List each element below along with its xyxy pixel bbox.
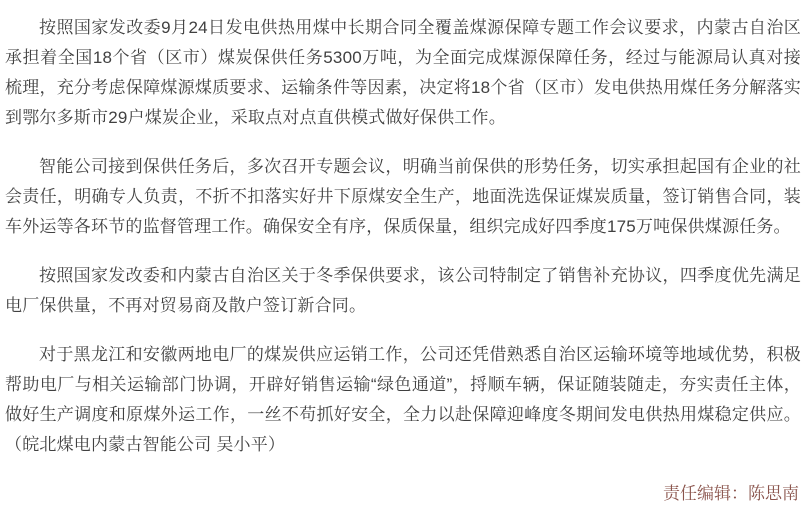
- editor-credit: 责任编辑：陈思南: [5, 479, 801, 509]
- article-paragraph-1: 按照国家发改委9月24日发电供热用煤中长期合同全覆盖煤源保障专题工作会议要求，内…: [5, 13, 801, 133]
- article-paragraph-2: 智能公司接到保供任务后，多次召开专题会议，明确当前保供的形势任务，切实承担起国有…: [5, 152, 801, 242]
- article-body: 按照国家发改委9月24日发电供热用煤中长期合同全覆盖煤源保障专题工作会议要求，内…: [0, 0, 807, 509]
- article-paragraph-3: 按照国家发改委和内蒙古自治区关于冬季保供要求，该公司特制定了销售补充协议，四季度…: [5, 261, 801, 321]
- article-paragraph-4: 对于黑龙江和安徽两地电厂的煤炭供应运销工作，公司还凭借熟悉自治区运输环境等地域优…: [5, 340, 801, 460]
